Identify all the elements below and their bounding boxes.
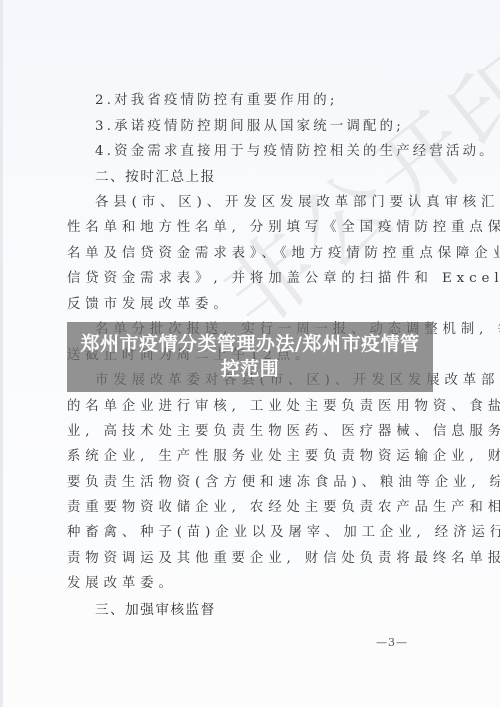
text-line: 系统企业, 生产性服务业处主要负责物资运输企业, 财信处主 <box>67 447 433 467</box>
text-line: 性名单和地方性名单, 分别填写《全国疫情防控重点保障企业 <box>67 218 433 238</box>
text-line: 发展改革委。 <box>67 574 433 594</box>
title-banner: 郑州市疫情分类管理办法/郑州市疫情管控范围 <box>67 322 433 392</box>
text-line: 2.对我省疫情防控有重要作用的; <box>95 91 461 111</box>
text-line: 名单及信贷资金需求表》、《地方疫情防控重点保障企业名单及 <box>67 244 433 264</box>
text-line: 种畜禽、种子(苗)企业以及屠宰、加工企业, 经济运行办负 <box>67 523 433 543</box>
text-line: 业, 高技术处主要负责生物医药、医疗器械、信息服务设备及 <box>67 422 433 442</box>
section-heading: 三、加强审核监督 <box>95 600 216 620</box>
text-line: 3.承诺疫情防控期间服从国家统一调配的; <box>95 117 461 137</box>
banner-title: 郑州市疫情分类管理办法/郑州市疫情管控范围 <box>80 332 420 382</box>
page-edge <box>0 0 3 707</box>
text-line: 责重要物资收储企业, 农经处主要负责农产品生产和相关饲料、 <box>67 498 433 518</box>
section-heading: 二、按时汇总上报 <box>95 167 216 187</box>
text-line: 责物资调运及其他重要企业, 财信处负责将最终名单报河南省 <box>67 549 433 569</box>
text-line: 4.资金需求直接用于与疫情防控相关的生产经营活动。 <box>95 142 461 162</box>
text-line: 要负责生活物资(含方便和速冻食品)、粮油等企业, 综合处负 <box>67 473 433 493</box>
text-line: 各县(市、区)、开发区发展改革部门要认真审核汇总全国 <box>95 193 433 213</box>
text-line: 的名单企业进行审核, 工业处主要负责医用物资、食盐生产企 <box>67 397 433 417</box>
text-line: 信贷资金需求表》, 并将加盖公章的扫描件和 Excel 电子版一并 <box>67 269 433 289</box>
page-number: —3— <box>376 636 408 649</box>
text-line: 反馈市发展改革委。 <box>67 295 433 315</box>
